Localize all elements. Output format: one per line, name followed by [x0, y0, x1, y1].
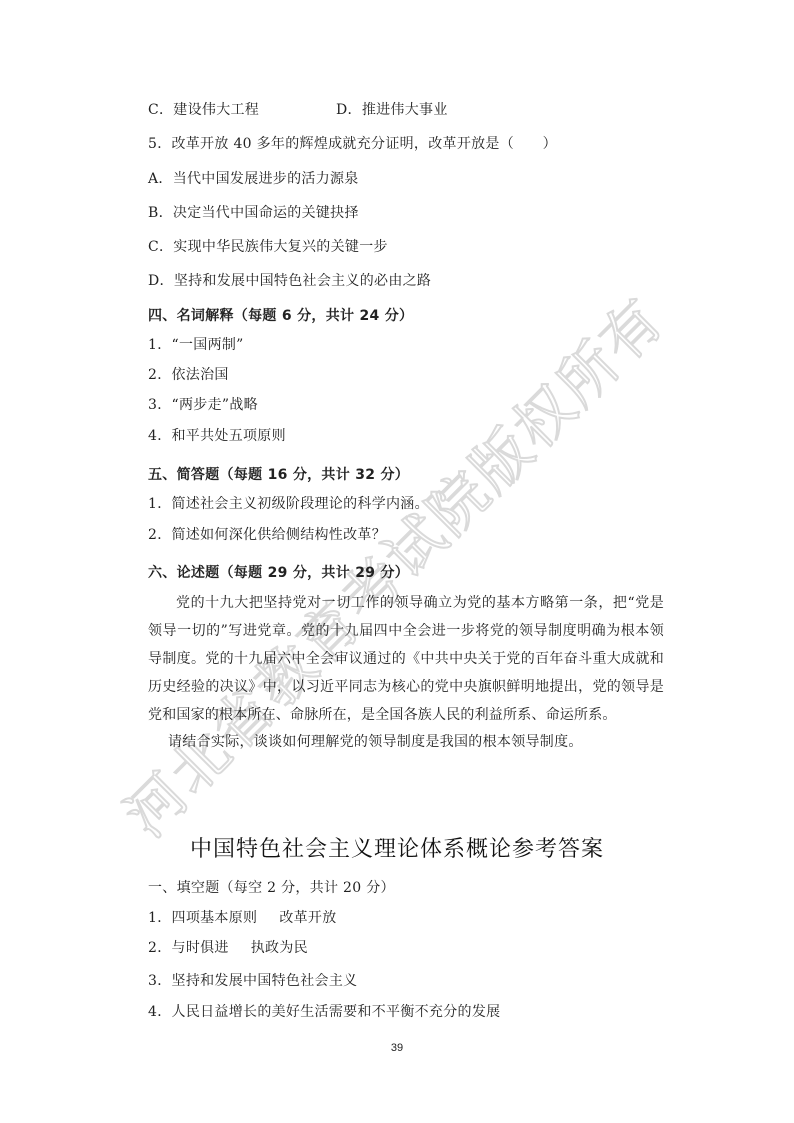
answer-blank-b: 执政为民	[251, 940, 308, 956]
answers-title: 中国特色社会主义理论体系概论参考答案	[0, 832, 794, 863]
q5-option-d: D．坚持和发展中国特色社会主义的必由之路	[148, 271, 431, 291]
section4-item: 1．“一国两制”	[148, 335, 244, 355]
q4-option-d: D．推进伟大事业	[336, 100, 448, 120]
answer-blank-a: 四项基本原则	[172, 910, 258, 926]
section4-item: 4．和平共处五项原则	[148, 426, 286, 446]
q5-option-a: A．当代中国发展进步的活力源泉	[148, 169, 359, 189]
answer-number: 4．	[148, 1004, 172, 1020]
section6-paragraph: 党的十九大把坚持党对一切工作的领导确立为党的基本方略第一条，把“党是领导一切的”…	[148, 589, 664, 729]
section5-item: 2．简述如何深化供给侧结构性改革？	[148, 525, 386, 545]
section4-heading: 四、名词解释（每题 6 分，共计 24 分）	[148, 306, 413, 326]
q5-option-b: B．决定当代中国命运的关键抉择	[148, 203, 359, 223]
answer-number: 3．	[148, 973, 172, 989]
answer-number: 1．	[148, 910, 172, 926]
section4-item: 3．“两步走”战略	[148, 395, 258, 415]
answer-item-2: 2．与时俱进执政为民	[148, 938, 308, 958]
answer-item-4: 4．人民日益增长的美好生活需要和不平衡不充分的发展	[148, 1002, 500, 1022]
section6-question: 请结合实际，谈谈如何理解党的领导制度是我国的根本领导制度。	[168, 732, 583, 752]
document-page: 河北省教育考试院版权所有 C．建设伟大工程 D．推进伟大事业 5．改革开放 40…	[0, 0, 794, 1123]
q4-option-c: C．建设伟大工程	[148, 100, 259, 120]
q5-stem: 5．改革开放 40 多年的辉煌成就充分证明，改革开放是（ ）	[148, 134, 557, 154]
answer-blank-a: 与时俱进	[172, 940, 229, 956]
page-number: 39	[0, 1042, 794, 1054]
section5-heading: 五、简答题（每题 16 分，共计 32 分）	[148, 465, 409, 485]
answer-blank-a: 坚持和发展中国特色社会主义	[172, 973, 358, 989]
answer-blank-b: 改革开放	[279, 910, 336, 926]
answer-item-1: 1．四项基本原则改革开放	[148, 908, 337, 928]
answers-section1-heading: 一、填空题（每空 2 分，共计 20 分）	[148, 878, 395, 898]
section6-heading: 六、论述题（每题 29 分，共计 29 分）	[148, 563, 409, 583]
section4-item: 2．依法治国	[148, 365, 229, 385]
section5-item: 1．简述社会主义初级阶段理论的科学内涵。	[148, 494, 429, 514]
answer-blank-a: 人民日益增长的美好生活需要和不平衡不充分的发展	[172, 1004, 501, 1020]
q5-option-c: C．实现中华民族伟大复兴的关键一步	[148, 237, 388, 257]
answer-number: 2．	[148, 940, 172, 956]
answer-item-3: 3．坚持和发展中国特色社会主义	[148, 971, 357, 991]
